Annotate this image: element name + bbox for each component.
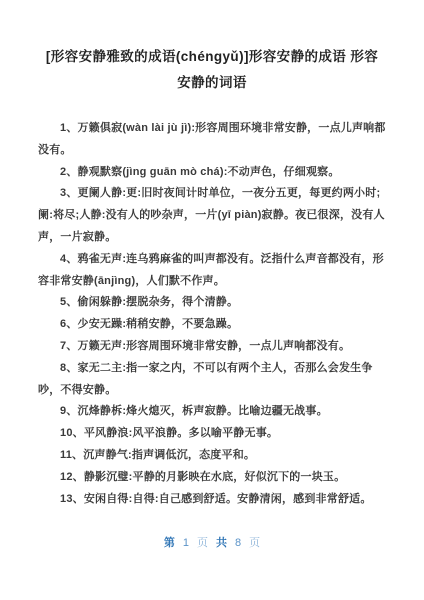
list-item: 11、沉声静气:指声调低沉，态度平和。 bbox=[38, 445, 386, 467]
list-item: 12、静影沉璧:平静的月影映在水底，好似沉下的一块玉。 bbox=[38, 467, 386, 489]
footer-current-page: 1 bbox=[183, 537, 189, 549]
list-item: 4、鸦雀无声:连乌鸦麻雀的叫声都没有。泛指什么声音都没有，形容非常安静(ānjì… bbox=[38, 249, 386, 293]
page-footer: 第1页共8页 bbox=[38, 536, 386, 550]
document-title: [形容安静雅致的成语(chéngyǔ)]形容安静的成语 形容安静的词语 bbox=[44, 44, 380, 96]
list-item: 9、沉烽静柝:烽火熄灭，柝声寂静。比喻边疆无战事。 bbox=[38, 401, 386, 423]
list-item: 2、静观默察(jìng guān mò chá):不动声色，仔细观察。 bbox=[38, 162, 386, 184]
list-item: 5、偷闲躲静:摆脱杂务，得个清静。 bbox=[38, 292, 386, 314]
footer-label-di: 第 bbox=[164, 537, 175, 549]
list-item: 10、平风静浪:风平浪静。多以喻平静无事。 bbox=[38, 423, 386, 445]
list-item: 3、更阑人静:更:旧时夜间计时单位，一夜分五更，每更约两小时;阑:将尽;人静:没… bbox=[38, 183, 386, 248]
list-item: 7、万籁无声:形容周围环境非常安静，一点儿声响都没有。 bbox=[38, 336, 386, 358]
list-item: 6、少安无躁:稍稍安静，不要急躁。 bbox=[38, 314, 386, 336]
footer-label-gong: 共 bbox=[216, 537, 227, 549]
idiom-list: 1、万籁俱寂(wàn lài jù jì):形容周围环境非常安静，一点儿声响都没… bbox=[38, 118, 386, 510]
document-page: [形容安静雅致的成语(chéngyǔ)]形容安静的成语 形容安静的词语 1、万籁… bbox=[0, 0, 424, 600]
list-item: 1、万籁俱寂(wàn lài jù jì):形容周围环境非常安静，一点儿声响都没… bbox=[38, 118, 386, 162]
footer-label-ye-1: 页 bbox=[197, 537, 208, 549]
footer-total-pages: 8 bbox=[235, 537, 241, 549]
list-item: 13、安闲自得:自得:自己感到舒适。安静清闲，感到非常舒适。 bbox=[38, 489, 386, 511]
list-item: 8、家无二主:指一家之内，不可以有两个主人，否那么会发生争吵，不得安静。 bbox=[38, 358, 386, 402]
footer-label-ye-2: 页 bbox=[249, 537, 260, 549]
